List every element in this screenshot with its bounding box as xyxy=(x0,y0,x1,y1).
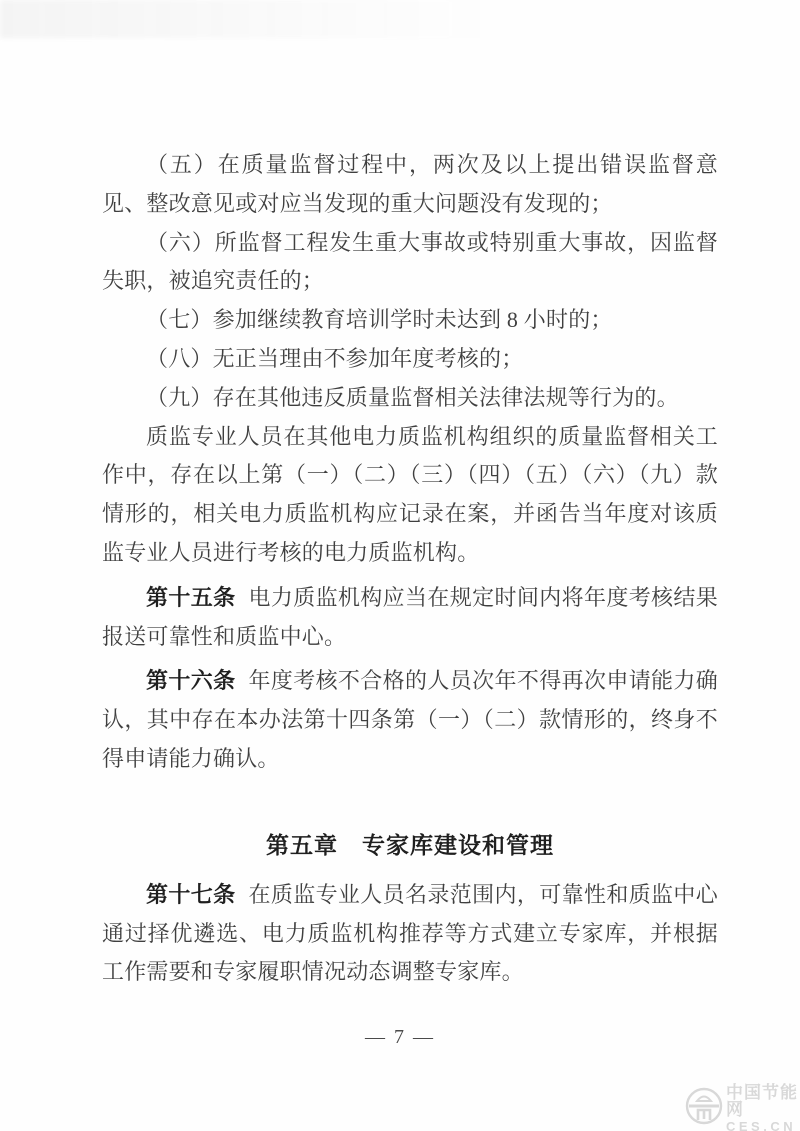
article-16-paragraph: 第十六条年度考核不合格的人员次年不得再次申请能力确认，其中存在本办法第十四条第（… xyxy=(102,662,718,778)
clause-item-7: （七）参加继续教育培训学时未达到 8 小时的； xyxy=(102,301,718,340)
article-16-term: 第十六条 xyxy=(146,668,235,693)
watermark-domain: CES.CN xyxy=(726,1120,800,1131)
clause-item-5: （五）在质量监督过程中，两次及以上提出错误监督意见、整改意见或对应当发现的重大问… xyxy=(102,146,718,224)
document-body: （五）在质量监督过程中，两次及以上提出错误监督意见、整改意见或对应当发现的重大问… xyxy=(102,0,718,992)
article-15-term: 第十五条 xyxy=(146,585,235,610)
watermark-site-name: 中国节能网 xyxy=(726,1084,800,1118)
page-number: — 7 — xyxy=(365,1026,435,1048)
watermark: 中国节能网 CES.CN xyxy=(684,1084,800,1131)
chapter-5-heading: 第五章 专家库建设和管理 xyxy=(102,825,718,865)
page-footer: — 7 — xyxy=(0,1026,800,1049)
body-paragraph: 质监专业人员在其他电力质监机构组织的质量监督相关工作中，存在以上第（一）（二）（… xyxy=(102,418,718,573)
article-17-term: 第十七条 xyxy=(146,882,235,907)
clause-item-9: （九）存在其他违反质量监督相关法律法规等行为的。 xyxy=(102,379,718,418)
article-17-paragraph: 第十七条在质监专业人员名录范围内，可靠性和质监中心通过择优遴选、电力质监机构推荐… xyxy=(102,876,718,992)
document-page: （五）在质量监督过程中，两次及以上提出错误监督意见、整改意见或对应当发现的重大问… xyxy=(0,0,800,1131)
clause-item-8: （八）无正当理由不参加年度考核的； xyxy=(102,340,718,379)
ces-logo-icon xyxy=(684,1085,724,1131)
clause-item-6: （六）所监督工程发生重大事故或特别重大事故，因监督失职，被追究责任的； xyxy=(102,224,718,302)
article-15-paragraph: 第十五条电力质监机构应当在规定时间内将年度考核结果报送可靠性和质监中心。 xyxy=(102,579,718,657)
